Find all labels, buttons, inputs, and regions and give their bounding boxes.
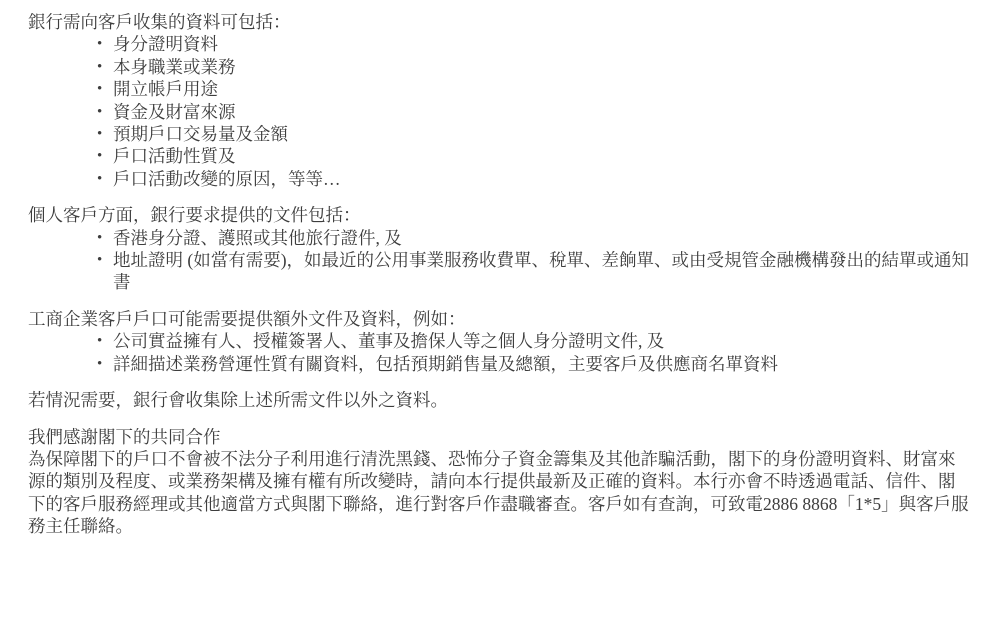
bullet-item: • 身分證明資料 bbox=[28, 33, 970, 55]
bullet-item: • 戶口活動改變的原因，等等… bbox=[28, 168, 970, 190]
section-paragraph: 為保障閣下的戶口不會被不法分子利用進行清洗黑錢、恐怖分子資金籌集及其他詐騙活動，… bbox=[28, 448, 970, 538]
bullet-dot-icon: • bbox=[97, 56, 102, 78]
section-heading: 銀行需向客戶收集的資料可包括： bbox=[28, 11, 970, 33]
bullet-dot-icon: • bbox=[97, 330, 102, 352]
document-section: 我們感謝閣下的共同合作為保障閣下的戶口不會被不法分子利用進行清洗黑錢、恐怖分子資… bbox=[28, 426, 970, 538]
document-section: 若情況需要，銀行會收集除上述所需文件以外之資料。 bbox=[28, 389, 970, 411]
document-section: 工商企業客戶戶口可能需要提供額外文件及資料，例如： • 公司實益擁有人、授權簽署… bbox=[28, 308, 970, 375]
bullet-dot-icon: • bbox=[97, 353, 102, 375]
bullet-text: 戶口活動性質及 bbox=[113, 146, 236, 166]
section-heading: 個人客戶方面，銀行要求提供的文件包括： bbox=[28, 204, 970, 226]
bullet-list: • 公司實益擁有人、授權簽署人、董事及擔保人等之個人身分證明文件, 及 • 詳細… bbox=[28, 330, 970, 375]
bullet-text: 詳細描述業務營運性質有關資料，包括預期銷售量及總額，主要客戶及供應商名單資料 bbox=[113, 354, 778, 374]
bullet-text: 資金及財富來源 bbox=[113, 102, 236, 122]
bullet-item: • 資金及財富來源 bbox=[28, 101, 970, 123]
bullet-list: • 香港身分證、護照或其他旅行證件, 及 • 地址證明 (如當有需要)，如最近的… bbox=[28, 227, 970, 294]
bullet-item: • 公司實益擁有人、授權簽署人、董事及擔保人等之個人身分證明文件, 及 bbox=[28, 330, 970, 352]
bullet-item: • 戶口活動性質及 bbox=[28, 145, 970, 167]
bullet-dot-icon: • bbox=[97, 168, 102, 190]
bullet-item: • 地址證明 (如當有需要)，如最近的公用事業服務收費單、稅單、差餉單、或由受規… bbox=[28, 249, 970, 294]
document-section: 銀行需向客戶收集的資料可包括： • 身分證明資料 • 本身職業或業務 • 開立帳… bbox=[28, 11, 970, 190]
bullet-text: 開立帳戶用途 bbox=[113, 79, 218, 99]
section-heading: 我們感謝閣下的共同合作 bbox=[28, 426, 970, 448]
bullet-dot-icon: • bbox=[97, 123, 102, 145]
bullet-item: • 詳細描述業務營運性質有關資料，包括預期銷售量及總額，主要客戶及供應商名單資料 bbox=[28, 353, 970, 375]
bullet-dot-icon: • bbox=[97, 227, 102, 249]
bullet-dot-icon: • bbox=[97, 101, 102, 123]
bullet-text: 香港身分證、護照或其他旅行證件, 及 bbox=[113, 228, 402, 248]
bullet-item: • 香港身分證、護照或其他旅行證件, 及 bbox=[28, 227, 970, 249]
bullet-text: 戶口活動改變的原因，等等… bbox=[113, 169, 341, 189]
section-heading: 工商企業客戶戶口可能需要提供額外文件及資料，例如： bbox=[28, 308, 970, 330]
bullet-dot-icon: • bbox=[97, 78, 102, 100]
bullet-dot-icon: • bbox=[97, 249, 102, 271]
bullet-dot-icon: • bbox=[97, 33, 102, 55]
bullet-text: 本身職業或業務 bbox=[113, 57, 236, 77]
bullet-item: • 開立帳戶用途 bbox=[28, 78, 970, 100]
bullet-list: • 身分證明資料 • 本身職業或業務 • 開立帳戶用途 • 資金及財富來源 • … bbox=[28, 33, 970, 190]
document-section: 個人客戶方面，銀行要求提供的文件包括： • 香港身分證、護照或其他旅行證件, 及… bbox=[28, 204, 970, 294]
bullet-text: 地址證明 (如當有需要)，如最近的公用事業服務收費單、稅單、差餉單、或由受規管金… bbox=[113, 250, 969, 292]
section-paragraph: 若情況需要，銀行會收集除上述所需文件以外之資料。 bbox=[28, 389, 970, 411]
bullet-dot-icon: • bbox=[97, 145, 102, 167]
bullet-item: • 本身職業或業務 bbox=[28, 56, 970, 78]
bullet-text: 身分證明資料 bbox=[113, 34, 218, 54]
bullet-item: • 預期戶口交易量及金額 bbox=[28, 123, 970, 145]
bullet-text: 公司實益擁有人、授權簽署人、董事及擔保人等之個人身分證明文件, 及 bbox=[113, 331, 664, 351]
document-page: 銀行需向客戶收集的資料可包括： • 身分證明資料 • 本身職業或業務 • 開立帳… bbox=[0, 0, 998, 538]
bullet-text: 預期戶口交易量及金額 bbox=[113, 124, 288, 144]
